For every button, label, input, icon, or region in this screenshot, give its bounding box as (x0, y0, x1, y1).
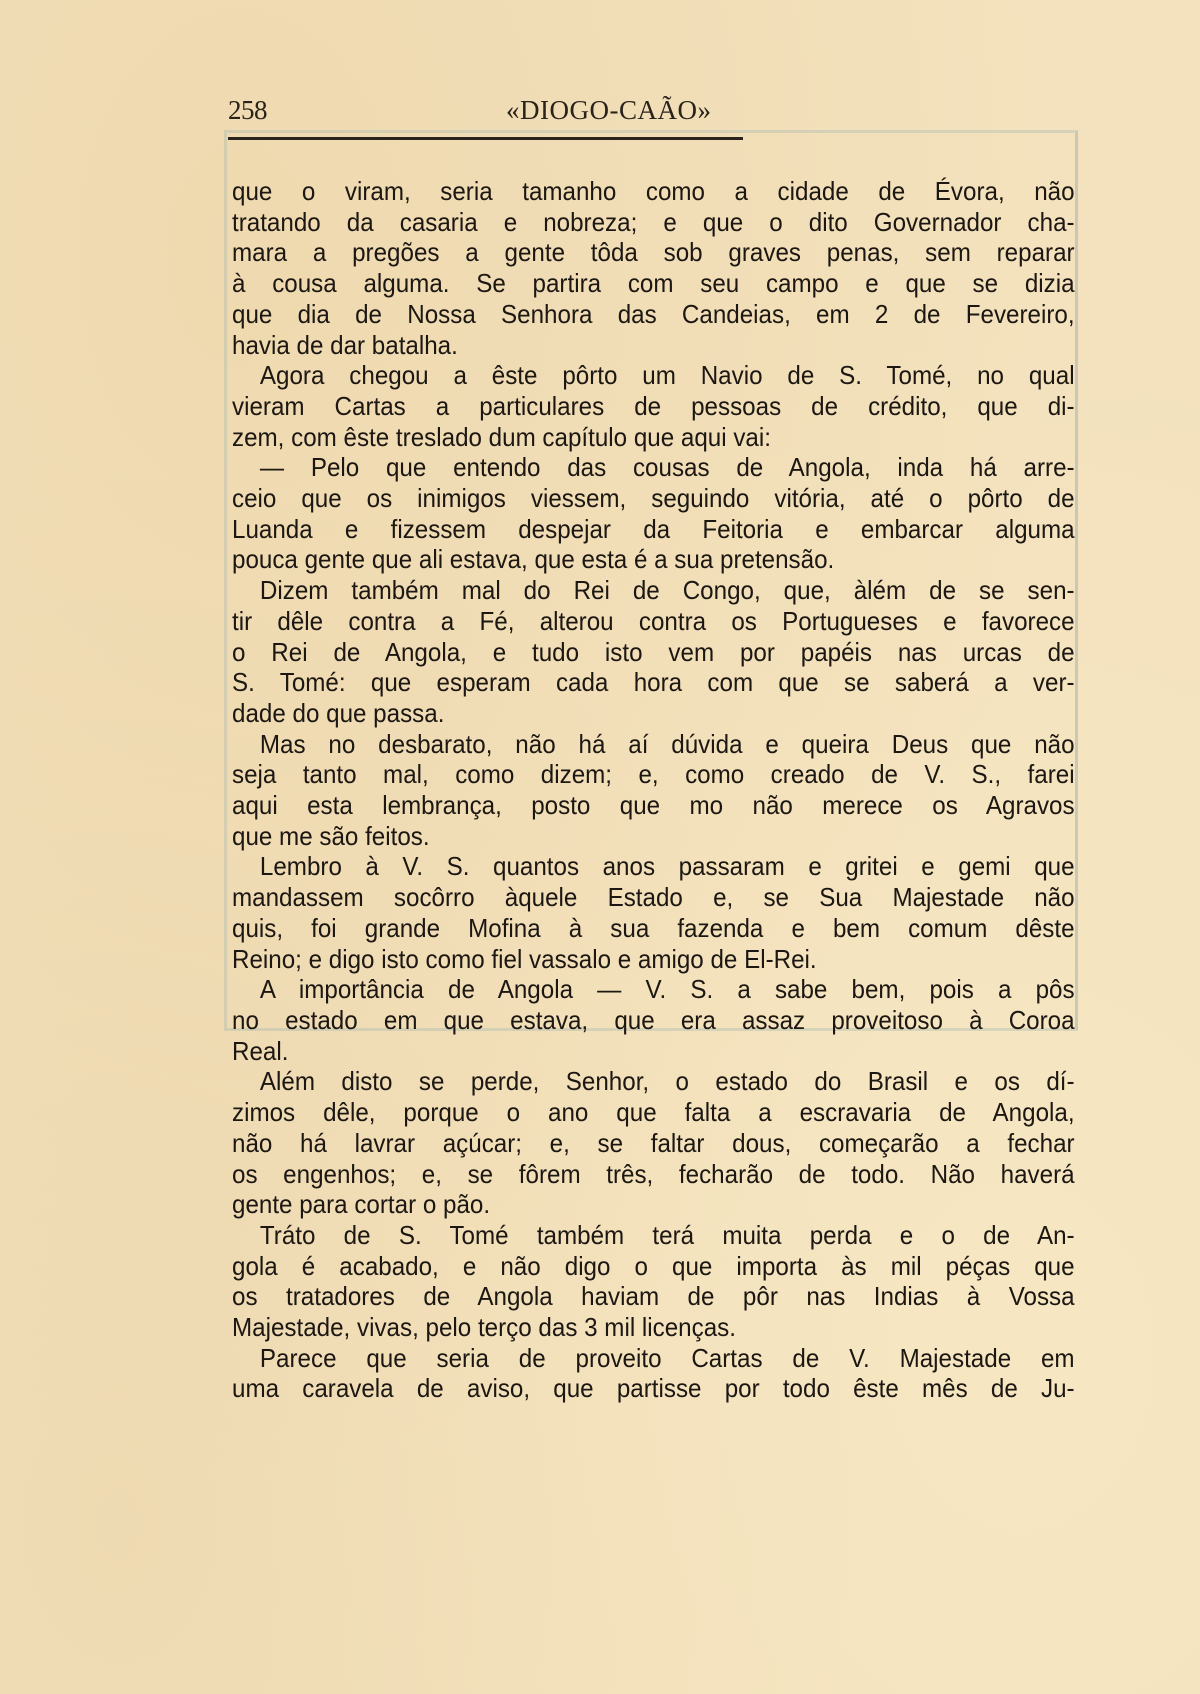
text-line: Real. (232, 1036, 1075, 1067)
text-line: ceio que os inimigos viessem, seguindo v… (232, 483, 1075, 514)
text-line: o Rei de Angola, e tudo isto vem por pap… (232, 637, 1075, 668)
text-line: zimos dêle, porque o ano que falta a esc… (232, 1097, 1075, 1128)
page-number: 258 (228, 95, 267, 126)
text-line: seja tanto mal, como dizem; e, como crea… (232, 759, 1075, 790)
text-line: que dia de Nossa Senhora das Candeias, e… (232, 299, 1075, 330)
text-line: uma caravela de aviso, que partisse por … (232, 1373, 1075, 1404)
book-page: 258 «DIOGO-CAÃO» que o viram, seria tama… (0, 0, 1200, 1694)
text-line: Mas no desbarato, não há aí dúvida e que… (232, 729, 1075, 760)
text-line: os tratadores de Angola haviam de pôr na… (232, 1281, 1075, 1312)
text-line: dade do que passa. (232, 698, 1075, 729)
text-line: não há lavrar açúcar; e, se faltar dous,… (232, 1128, 1075, 1159)
text-line: os engenhos; e, se fôrem três, fecharão … (232, 1159, 1075, 1190)
text-line: aqui esta lembrança, posto que mo não me… (232, 790, 1075, 821)
text-line: A importância de Angola — V. S. a sabe b… (232, 974, 1075, 1005)
text-line: Luanda e fizessem despejar da Feitoria e… (232, 514, 1075, 545)
text-line: Reino; e digo isto como fiel vassalo e a… (232, 944, 1075, 975)
text-line: Dizem também mal do Rei de Congo, que, à… (232, 575, 1075, 606)
text-line: gente para cortar o pão. (232, 1189, 1075, 1220)
text-line: mandassem socôrro àquele Estado e, se Su… (232, 882, 1075, 913)
text-line: Tráto de S. Tomé também terá muita perda… (232, 1220, 1075, 1251)
text-line: quis, foi grande Mofina à sua fazenda e … (232, 913, 1075, 944)
text-line: — Pelo que entendo das cousas de Angola,… (232, 452, 1075, 483)
text-line: pouca gente que ali estava, que esta é a… (232, 544, 1075, 575)
text-line: S. Tomé: que esperam cada hora com que s… (232, 667, 1075, 698)
text-line: à cousa alguma. Se partira com seu campo… (232, 268, 1075, 299)
text-line: vieram Cartas a particulares de pessoas … (232, 391, 1075, 422)
text-line: zem, com êste treslado dum capítulo que … (232, 422, 1075, 453)
text-line: tratando da casaria e nobreza; e que o d… (232, 207, 1075, 238)
running-title: «DIOGO-CAÃO» (506, 95, 711, 126)
text-line: havia de dar batalha. (232, 330, 1075, 361)
text-line: Agora chegou a êste pôrto um Navio de S.… (232, 360, 1075, 391)
text-line: Parece que seria de proveito Cartas de V… (232, 1343, 1075, 1374)
text-line: tir dêle contra a Fé, alterou contra os … (232, 606, 1075, 637)
body-text: que o viram, seria tamanho como a cidade… (232, 176, 1016, 1404)
header-rule (228, 137, 743, 140)
text-line: Majestade, vivas, pelo terço das 3 mil l… (232, 1312, 1075, 1343)
text-line: Além disto se perde, Senhor, o estado do… (232, 1066, 1075, 1097)
text-line: que o viram, seria tamanho como a cidade… (232, 176, 1075, 207)
text-line: no estado em que estava, que era assaz p… (232, 1005, 1075, 1036)
text-line: gola é acabado, e não digo o que importa… (232, 1251, 1075, 1282)
text-line: que me são feitos. (232, 821, 1075, 852)
page-header: 258 «DIOGO-CAÃO» (228, 95, 748, 143)
text-line: Lembro à V. S. quantos anos passaram e g… (232, 851, 1075, 882)
text-line: mara a pregões a gente tôda sob graves p… (232, 237, 1075, 268)
